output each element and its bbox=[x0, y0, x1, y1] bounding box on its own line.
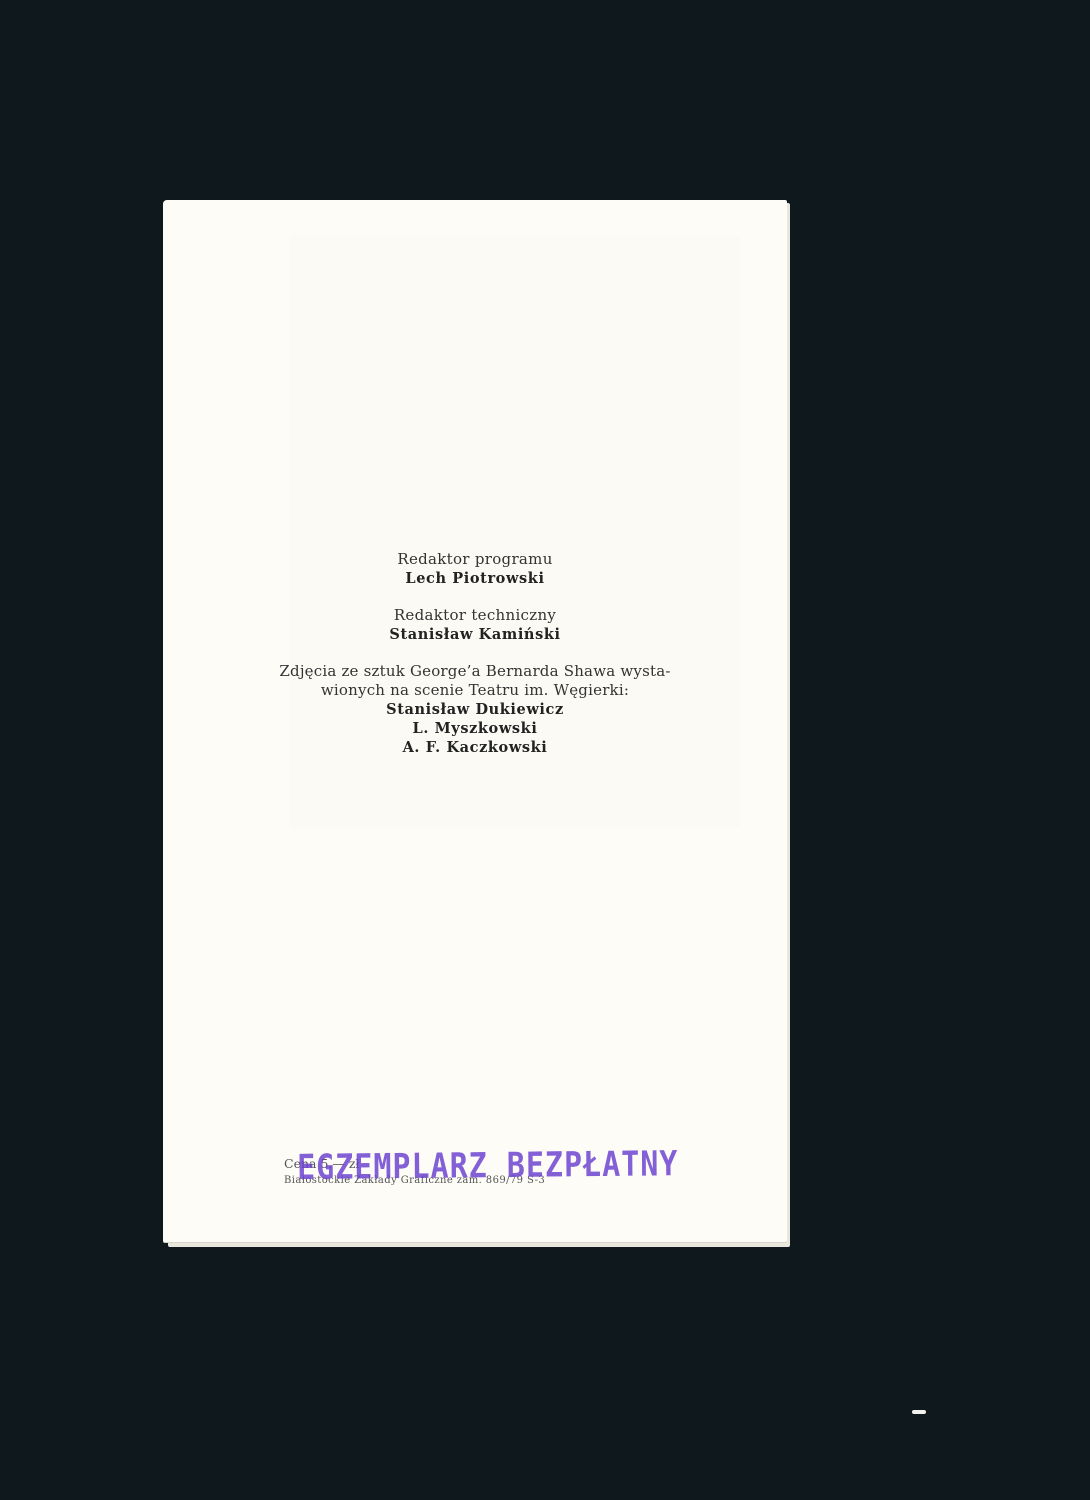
photo-caption-line2: wionych na scenie Teatru im. Węgierki: bbox=[163, 681, 787, 700]
photographer-name: A. F. Kaczkowski bbox=[163, 738, 787, 757]
dust-speck bbox=[912, 1410, 926, 1414]
credit-role: Redaktor techniczny bbox=[163, 606, 787, 625]
photo-caption-line1: Zdjęcia ze sztuk George’a Bernarda Shawa… bbox=[163, 662, 787, 681]
photo-credits: Zdjęcia ze sztuk George’a Bernarda Shawa… bbox=[163, 662, 787, 757]
free-copy-stamp: EGZEMPLARZ BEZPŁATNY bbox=[297, 1144, 679, 1188]
credit-role: Redaktor programu bbox=[163, 550, 787, 569]
photographer-name: L. Myszkowski bbox=[163, 719, 787, 738]
credit-technical-editor: Redaktor techniczny Stanisław Kamiński bbox=[163, 606, 787, 644]
credit-name: Lech Piotrowski bbox=[163, 569, 787, 588]
credit-program-editor: Redaktor programu Lech Piotrowski bbox=[163, 550, 787, 588]
document-page: Redaktor programu Lech Piotrowski Redakt… bbox=[163, 200, 787, 1242]
credits-section: Redaktor programu Lech Piotrowski Redakt… bbox=[163, 550, 787, 775]
photographer-name: Stanisław Dukiewicz bbox=[163, 700, 787, 719]
credit-name: Stanisław Kamiński bbox=[163, 625, 787, 644]
